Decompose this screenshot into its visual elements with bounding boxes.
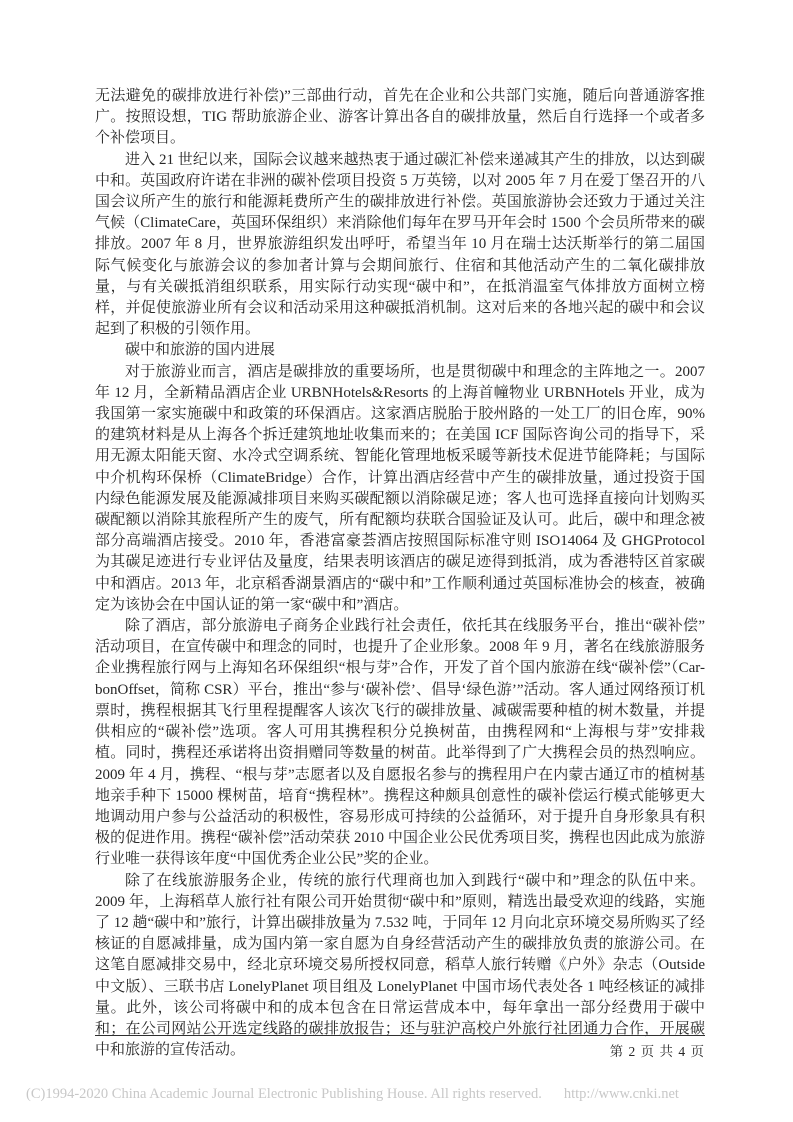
copyright-url: http://www.cnki.net	[564, 1086, 679, 1102]
paragraph-online-travel: 除了酒店，部分旅游电子商务企业践行社会责任，依托其在线服务平台，推出“碳补偿”活…	[95, 616, 705, 870]
paragraph-travel-agencies: 除了在线旅游服务企业，传统的旅行代理商也加入到践行“碳中和”理念的队伍中来。20…	[95, 871, 705, 1062]
document-body: 无法避免的碳排放进行补偿)”三部曲行动，首先在企业和公共部门实施，随后向普通游客…	[95, 86, 705, 1061]
paragraph-hotels: 对于旅游业而言，酒店是碳排放的重要场所，也是贯彻碳中和理念的主阵地之一。2007…	[95, 362, 705, 616]
document-page: 无法避免的碳排放进行补偿)”三部曲行动，首先在企业和公共部门实施，随后向普通游客…	[0, 0, 793, 1122]
page-number: 第 2 页 共 4 页	[95, 1040, 705, 1060]
copyright-text: (C)1994-2020 China Academic Journal Elec…	[26, 1086, 542, 1102]
paragraph-continuation: 无法避免的碳排放进行补偿)”三部曲行动，首先在企业和公共部门实施，随后向普通游客…	[95, 86, 705, 150]
section-heading-domestic-progress: 碳中和旅游的国内进展	[95, 340, 705, 361]
footer-divider	[95, 1035, 705, 1036]
paragraph-international-progress: 进入 21 世纪以来，国际会议越来越热衷于通过碳汇补偿来递减其产生的排放，以达到…	[95, 150, 705, 341]
copyright-notice: (C)1994-2020 China Academic Journal Elec…	[26, 1086, 766, 1103]
